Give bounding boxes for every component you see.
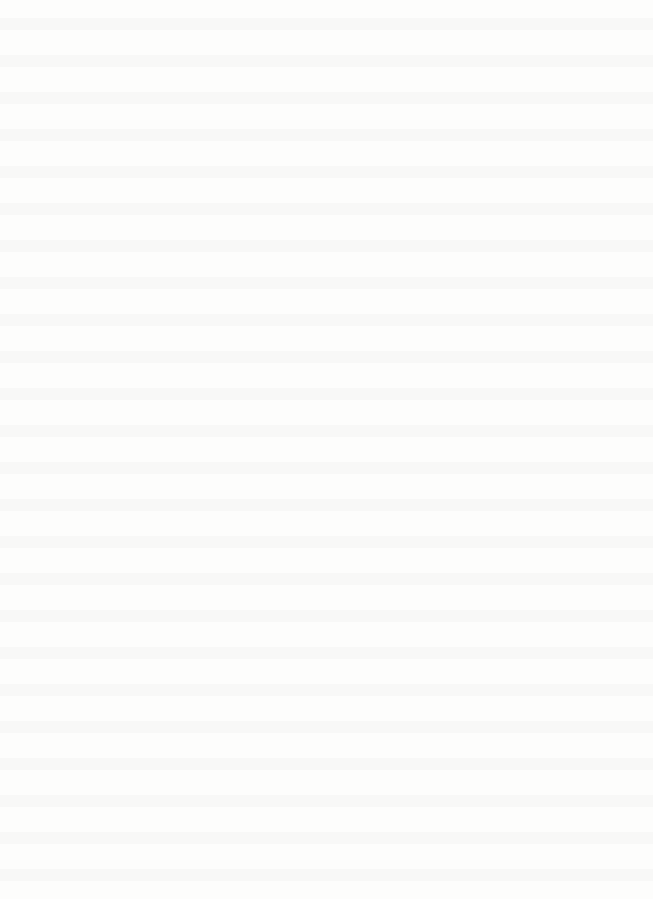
bleed-through-texture [0,0,653,899]
